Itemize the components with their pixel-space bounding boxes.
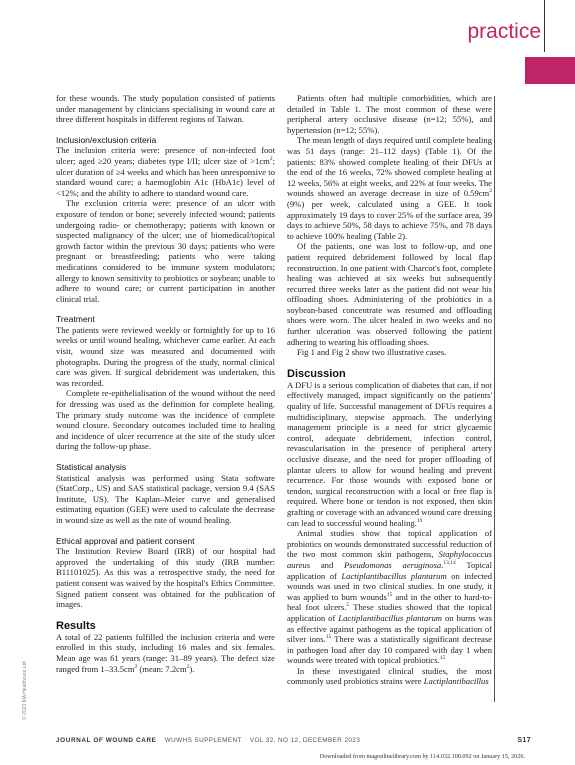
section-color-block — [525, 57, 575, 84]
left-column: for these wounds. The study population c… — [56, 93, 275, 674]
comorbidities-paragraph: Patients often had multiple comorbiditie… — [287, 93, 492, 135]
ethics-paragraph: The Institution Review Board (IRB) of ou… — [56, 546, 275, 610]
page-number: S17 — [517, 737, 531, 744]
treatment-paragraph-2: Complete re-epithelialisation of the wou… — [56, 388, 275, 452]
footer-supplement: WUWHS SUPPLEMENT — [165, 737, 242, 744]
header-vertical-rule — [544, 0, 545, 52]
copyright-notice: © 2023 MA Healthcare Ltd — [22, 661, 28, 720]
heading-ethical-approval: Ethical approval and patient consent — [56, 536, 275, 547]
inclusion-paragraph: The inclusion criteria were: presence of… — [56, 145, 275, 198]
results-paragraph: A total of 22 patients fulfilled the inc… — [56, 632, 275, 674]
healing-paragraph: The mean length of days required until c… — [287, 135, 492, 241]
right-column: Patients often had multiple comorbiditie… — [287, 93, 492, 687]
intro-paragraph: for these wounds. The study population c… — [56, 93, 275, 125]
page-footer: JOURNAL OF WOUND CARE WUWHS SUPPLEMENT V… — [56, 737, 531, 747]
discussion-paragraph-1: A DFU is a serious complication of diabe… — [287, 380, 492, 528]
footer-volume: VOL 32, NO 12, DECEMBER 2023 — [250, 737, 360, 744]
exclusion-paragraph: The exclusion criteria were: presence of… — [56, 198, 275, 304]
followup-paragraph: Of the patients, one was lost to follow-… — [287, 241, 492, 347]
heading-statistical-analysis: Statistical analysis — [56, 462, 275, 473]
heading-results: Results — [56, 620, 275, 632]
discussion-paragraph-3: In these investigated clinical studies, … — [287, 666, 492, 687]
journal-page: practice for these wounds. The study pop… — [0, 0, 575, 765]
heading-discussion: Discussion — [287, 368, 492, 380]
discussion-paragraph-2: Animal studies show that topical applica… — [287, 528, 492, 666]
download-watermark: Downloaded from magonlinelibrary.com by … — [320, 753, 525, 760]
heading-inclusion-exclusion: Inclusion/exclusion criteria — [56, 135, 275, 146]
figures-reference-paragraph: Fig 1 and Fig 2 show two illustrative ca… — [287, 347, 492, 358]
section-tag: practice — [467, 20, 541, 44]
treatment-paragraph-1: The patients were reviewed weekly or for… — [56, 325, 275, 389]
heading-treatment: Treatment — [56, 314, 275, 325]
column-vertical-rule — [494, 96, 495, 702]
footer-journal-name: JOURNAL OF WOUND CARE — [56, 737, 157, 744]
statistical-paragraph: Statistical analysis was performed using… — [56, 473, 275, 526]
